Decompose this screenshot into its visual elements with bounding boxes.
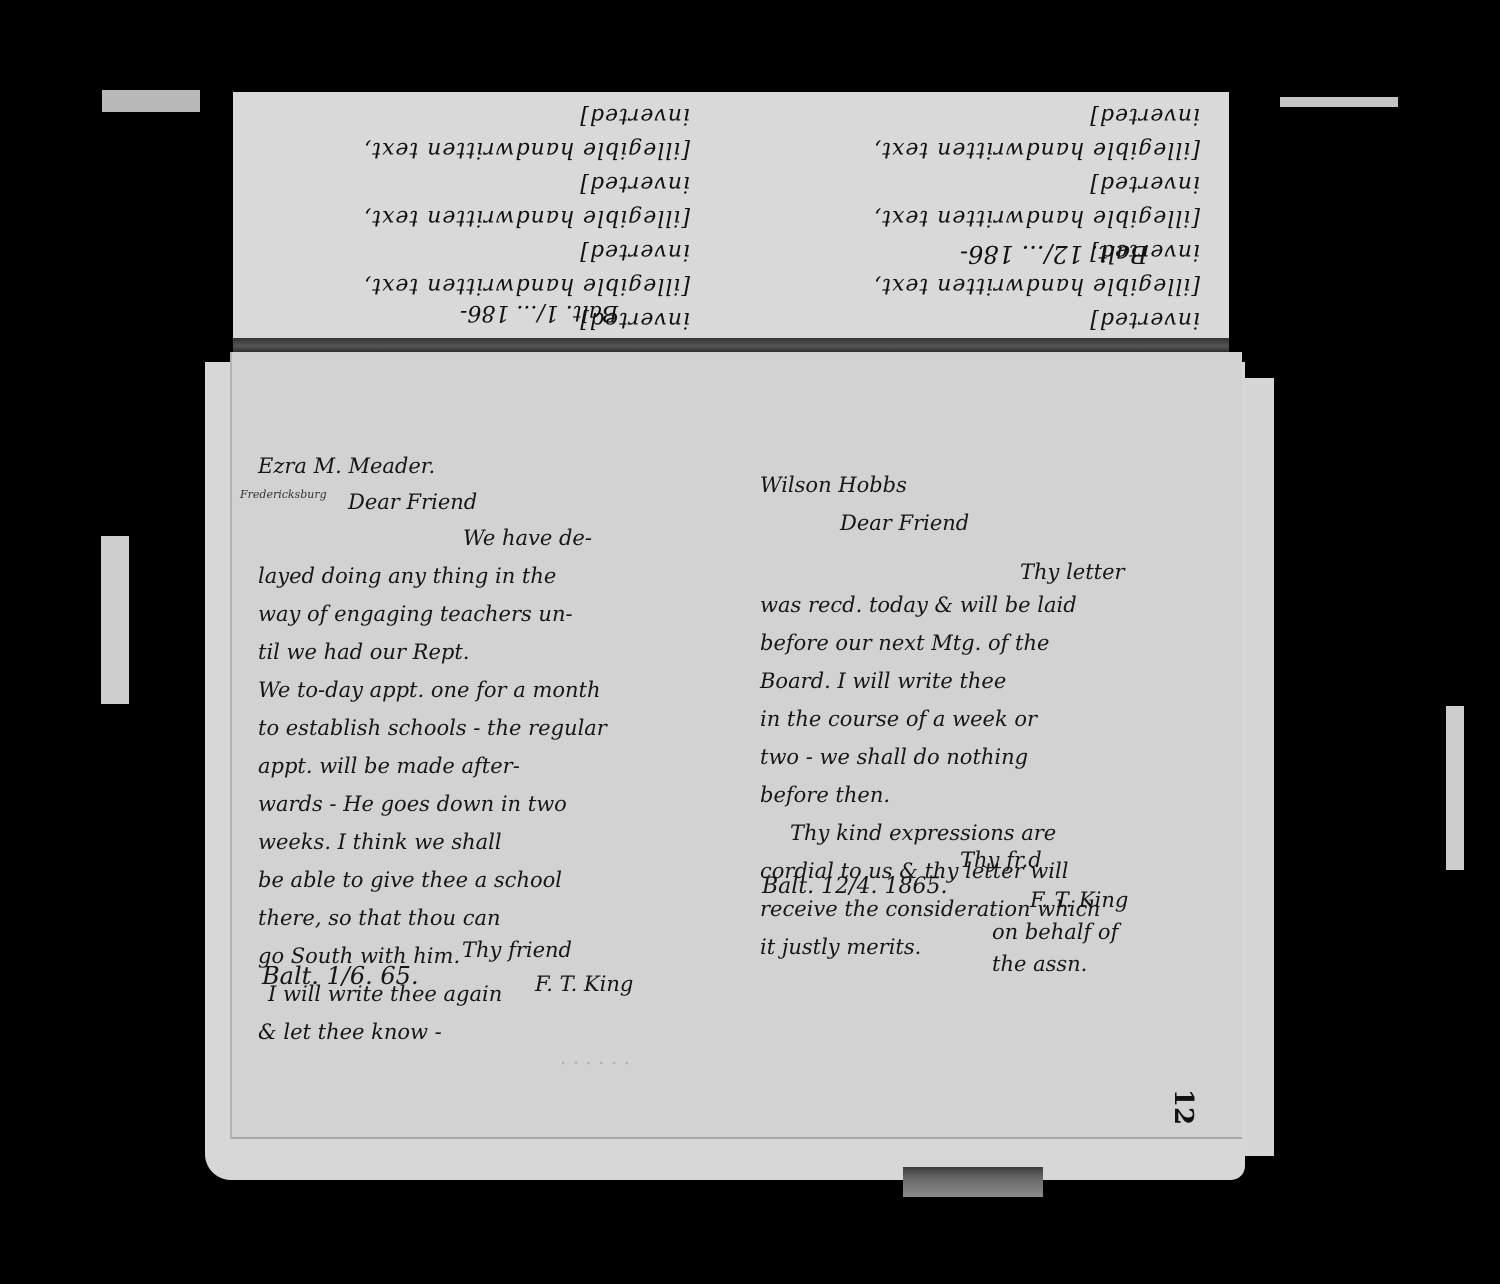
letter-line: before our next Mtg. of the bbox=[760, 624, 1160, 662]
slip-line: [illegible handwritten text, inverted] bbox=[270, 234, 690, 302]
letter-salutation: Dear Friend bbox=[258, 485, 718, 519]
letter-line: there, so that thou can bbox=[258, 899, 718, 937]
page-number: 12 bbox=[1168, 1089, 1198, 1125]
letter-line: We have de- bbox=[258, 519, 718, 557]
letter-right-signature-line: the assn. bbox=[992, 952, 1087, 976]
letter-right-closing: Thy fr.d bbox=[960, 848, 1042, 872]
letter-line: way of engaging teachers un- bbox=[258, 595, 718, 633]
top-slip-right-date: Balt. 12/... 186- bbox=[960, 240, 1148, 268]
letter-line: & let thee know - bbox=[258, 1013, 718, 1051]
letter-line: was recd. today & will be laid bbox=[760, 586, 1160, 624]
slip-line: [illegible handwritten text, inverted] bbox=[760, 98, 1200, 166]
letter-line: to establish schools - the regular bbox=[258, 709, 718, 747]
paper-tab-left bbox=[101, 536, 129, 704]
letter-line: in the course of a week or bbox=[760, 700, 1160, 738]
letter-line: two - we shall do nothing bbox=[760, 738, 1160, 776]
letter-right-signature-line: on behalf of bbox=[992, 920, 1118, 944]
paper-tab-top-left bbox=[102, 90, 200, 112]
letter-right-signature: F. T. King bbox=[1030, 888, 1128, 912]
letter-line: appt. will be made after- bbox=[258, 747, 718, 785]
slip-line: [illegible handwritten text, inverted] bbox=[270, 98, 690, 166]
letter-line: We to-day appt. one for a month bbox=[258, 671, 718, 709]
letter-left-closing: Thy friend bbox=[462, 938, 572, 962]
paper-tab-top-right bbox=[1280, 97, 1398, 107]
letter-left-date: Balt. 1/6. 65. bbox=[262, 962, 419, 990]
letter-line: Board. I will write thee bbox=[760, 662, 1160, 700]
letter-recipient: Wilson Hobbs bbox=[760, 466, 1160, 504]
slip-line: [illegible handwritten text, inverted] bbox=[270, 166, 690, 234]
letter-line: layed doing any thing in the bbox=[258, 557, 718, 595]
letter-line: til we had our Rept. bbox=[258, 633, 718, 671]
letter-recipient: Ezra M. Meader. bbox=[258, 447, 718, 485]
back-sheet-edge bbox=[1240, 378, 1274, 1156]
letter-line: Thy kind expressions are bbox=[760, 814, 1160, 852]
letter-line: before then. bbox=[760, 776, 1160, 814]
letter-line: wards - He goes down in two bbox=[258, 785, 718, 823]
letter-line: weeks. I think we shall bbox=[258, 823, 718, 861]
letter-salutation: Dear Friend bbox=[760, 504, 1160, 542]
letter-right-date: Balt. 12/4. 1865. bbox=[762, 874, 948, 899]
letter-line: Thy letter bbox=[760, 542, 1160, 586]
paper-tab-right bbox=[1446, 706, 1464, 870]
top-slip-left-date: Balt. 1/... 186- bbox=[460, 300, 618, 325]
slip-line: [illegible handwritten text, inverted] bbox=[760, 166, 1200, 234]
letter-line: be able to give thee a school bbox=[258, 861, 718, 899]
letter-left-signature: F. T. King bbox=[535, 972, 633, 996]
page-bottom-tab bbox=[903, 1167, 1043, 1197]
